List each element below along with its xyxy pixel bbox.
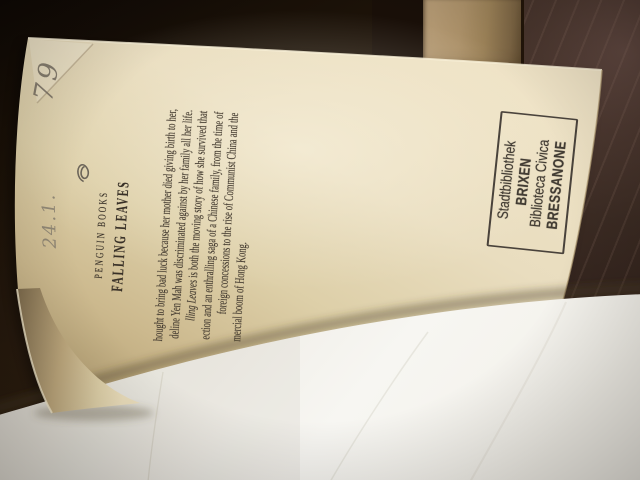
blurb-paragraph: hought to bring bad luck because her mot… <box>149 108 257 360</box>
book-photo-scene: 79 24.1. PENGUIN BOOKS FALLING LEAVES ho… <box>0 0 640 480</box>
page-text-layer: 79 24.1. PENGUIN BOOKS FALLING LEAVES ho… <box>0 29 640 466</box>
pencil-date: 24.1. <box>38 192 60 248</box>
pencil-scribble <box>74 159 93 184</box>
pencil-number: 79 <box>28 56 66 103</box>
library-stamp: Stadtbibliothek BRIXEN Biblioteca Civica… <box>486 111 578 254</box>
